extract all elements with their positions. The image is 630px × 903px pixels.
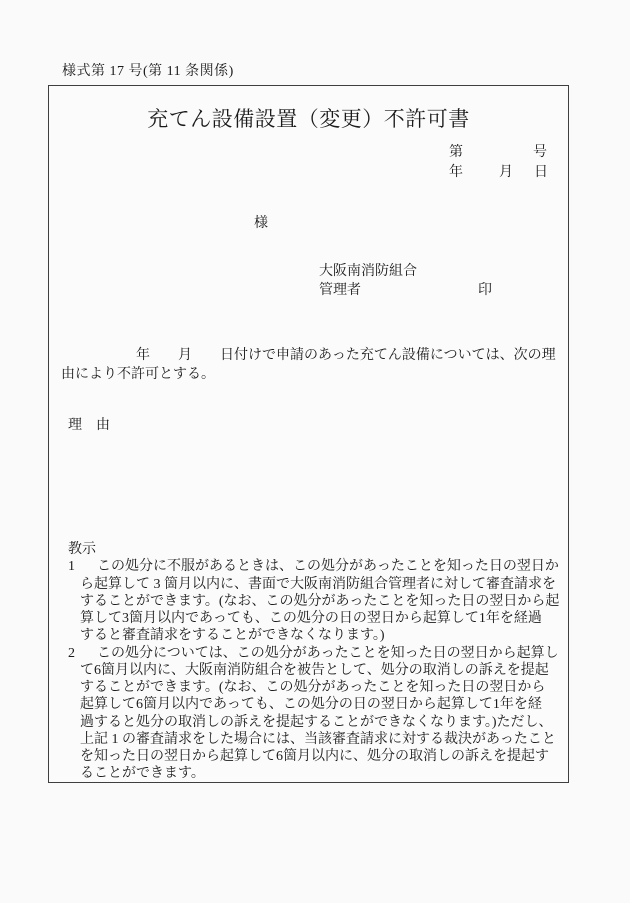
notice-item-2-line8: ることができます。 <box>80 765 566 782</box>
notice-item-1-number: 1 <box>68 558 97 575</box>
addressee-honorific: 様 <box>254 212 268 232</box>
form-number-label: 様式第 17 号(第 11 条関係) <box>62 60 234 80</box>
appeal-notice-section: 教示 1この処分に不服があるときは、この処分があったことを知った日の翌日か ら起… <box>68 541 566 783</box>
notice-item-2-line1: この処分については、この処分があったことを知った日の翌日から起算し <box>97 645 559 662</box>
document-border-box: 充てん設備設置（変更）不許可書 第号 年月日 様 大阪南消防組合 管理者 印 年… <box>48 85 569 783</box>
seal-placeholder: 印 <box>478 279 492 299</box>
document-number-suffix: 号 <box>533 145 547 160</box>
notice-item-2-line4: 起算して6箇月以内であっても、この処分の日の翌日から起算して1年を経 <box>80 696 566 713</box>
notice-item-2-line5: 過すると処分の取消しの訴えを提起することができなくなります。)ただし、 <box>80 714 566 731</box>
issuer-title: 管理者 <box>319 279 361 299</box>
date-month-label: 月 <box>499 165 513 180</box>
notice-item-1-line5: すると審査請求をすることができなくなります。) <box>80 627 566 644</box>
body-text-line1: 年 月 日付けで申請のあった充てん設備については、次の理 <box>136 344 556 364</box>
date-year-label: 年 <box>449 165 463 180</box>
document-title: 充てん設備設置（変更）不許可書 <box>49 103 568 133</box>
notice-heading: 教示 <box>68 541 566 558</box>
document-number-prefix: 第 <box>449 145 463 160</box>
notice-item-2-line7: を知った日の翌日から起算して6箇月以内に、処分の取消しの訴えを提起す <box>80 748 566 765</box>
date-day-label: 日 <box>534 165 548 180</box>
notice-item-2-line3: することができます。(なお、この処分があったことを知った日の翌日から <box>80 679 566 696</box>
notice-item-1: 1この処分に不服があるときは、この処分があったことを知った日の翌日か <box>68 558 566 575</box>
issue-date-line: 年月日 <box>449 161 548 181</box>
notice-item-1-line2: ら起算して 3 箇月以内に、書面で大阪南消防組合管理者に対して審査請求を <box>80 576 566 593</box>
notice-item-1-line3: することができます。(なお、この処分があったことを知った日の翌日から起 <box>80 593 566 610</box>
notice-item-2: 2この処分については、この処分があったことを知った日の翌日から起算し <box>68 645 566 662</box>
notice-item-2-line2: て6箇月以内に、大阪南消防組合を被告として、処分の取消しの訴えを提起 <box>80 662 566 679</box>
notice-item-1-line1: この処分に不服があるときは、この処分があったことを知った日の翌日か <box>97 558 559 575</box>
notice-item-2-line6: 上記 1 の審査請求をした場合には、当該審査請求に対する裁決があったこと <box>80 731 566 748</box>
reason-label: 理 由 <box>68 414 110 434</box>
notice-item-1-line4: 算して3箇月以内であっても、この処分の日の翌日から起算して1年を経過 <box>80 610 566 627</box>
body-text-line2: 由により不許可とする。 <box>61 363 215 383</box>
issuer-organization: 大阪南消防組合 <box>319 260 417 280</box>
document-page: 様式第 17 号(第 11 条関係) 充てん設備設置（変更）不許可書 第号 年月… <box>0 0 630 903</box>
notice-item-2-number: 2 <box>68 645 97 662</box>
document-number-line: 第号 <box>449 141 547 161</box>
